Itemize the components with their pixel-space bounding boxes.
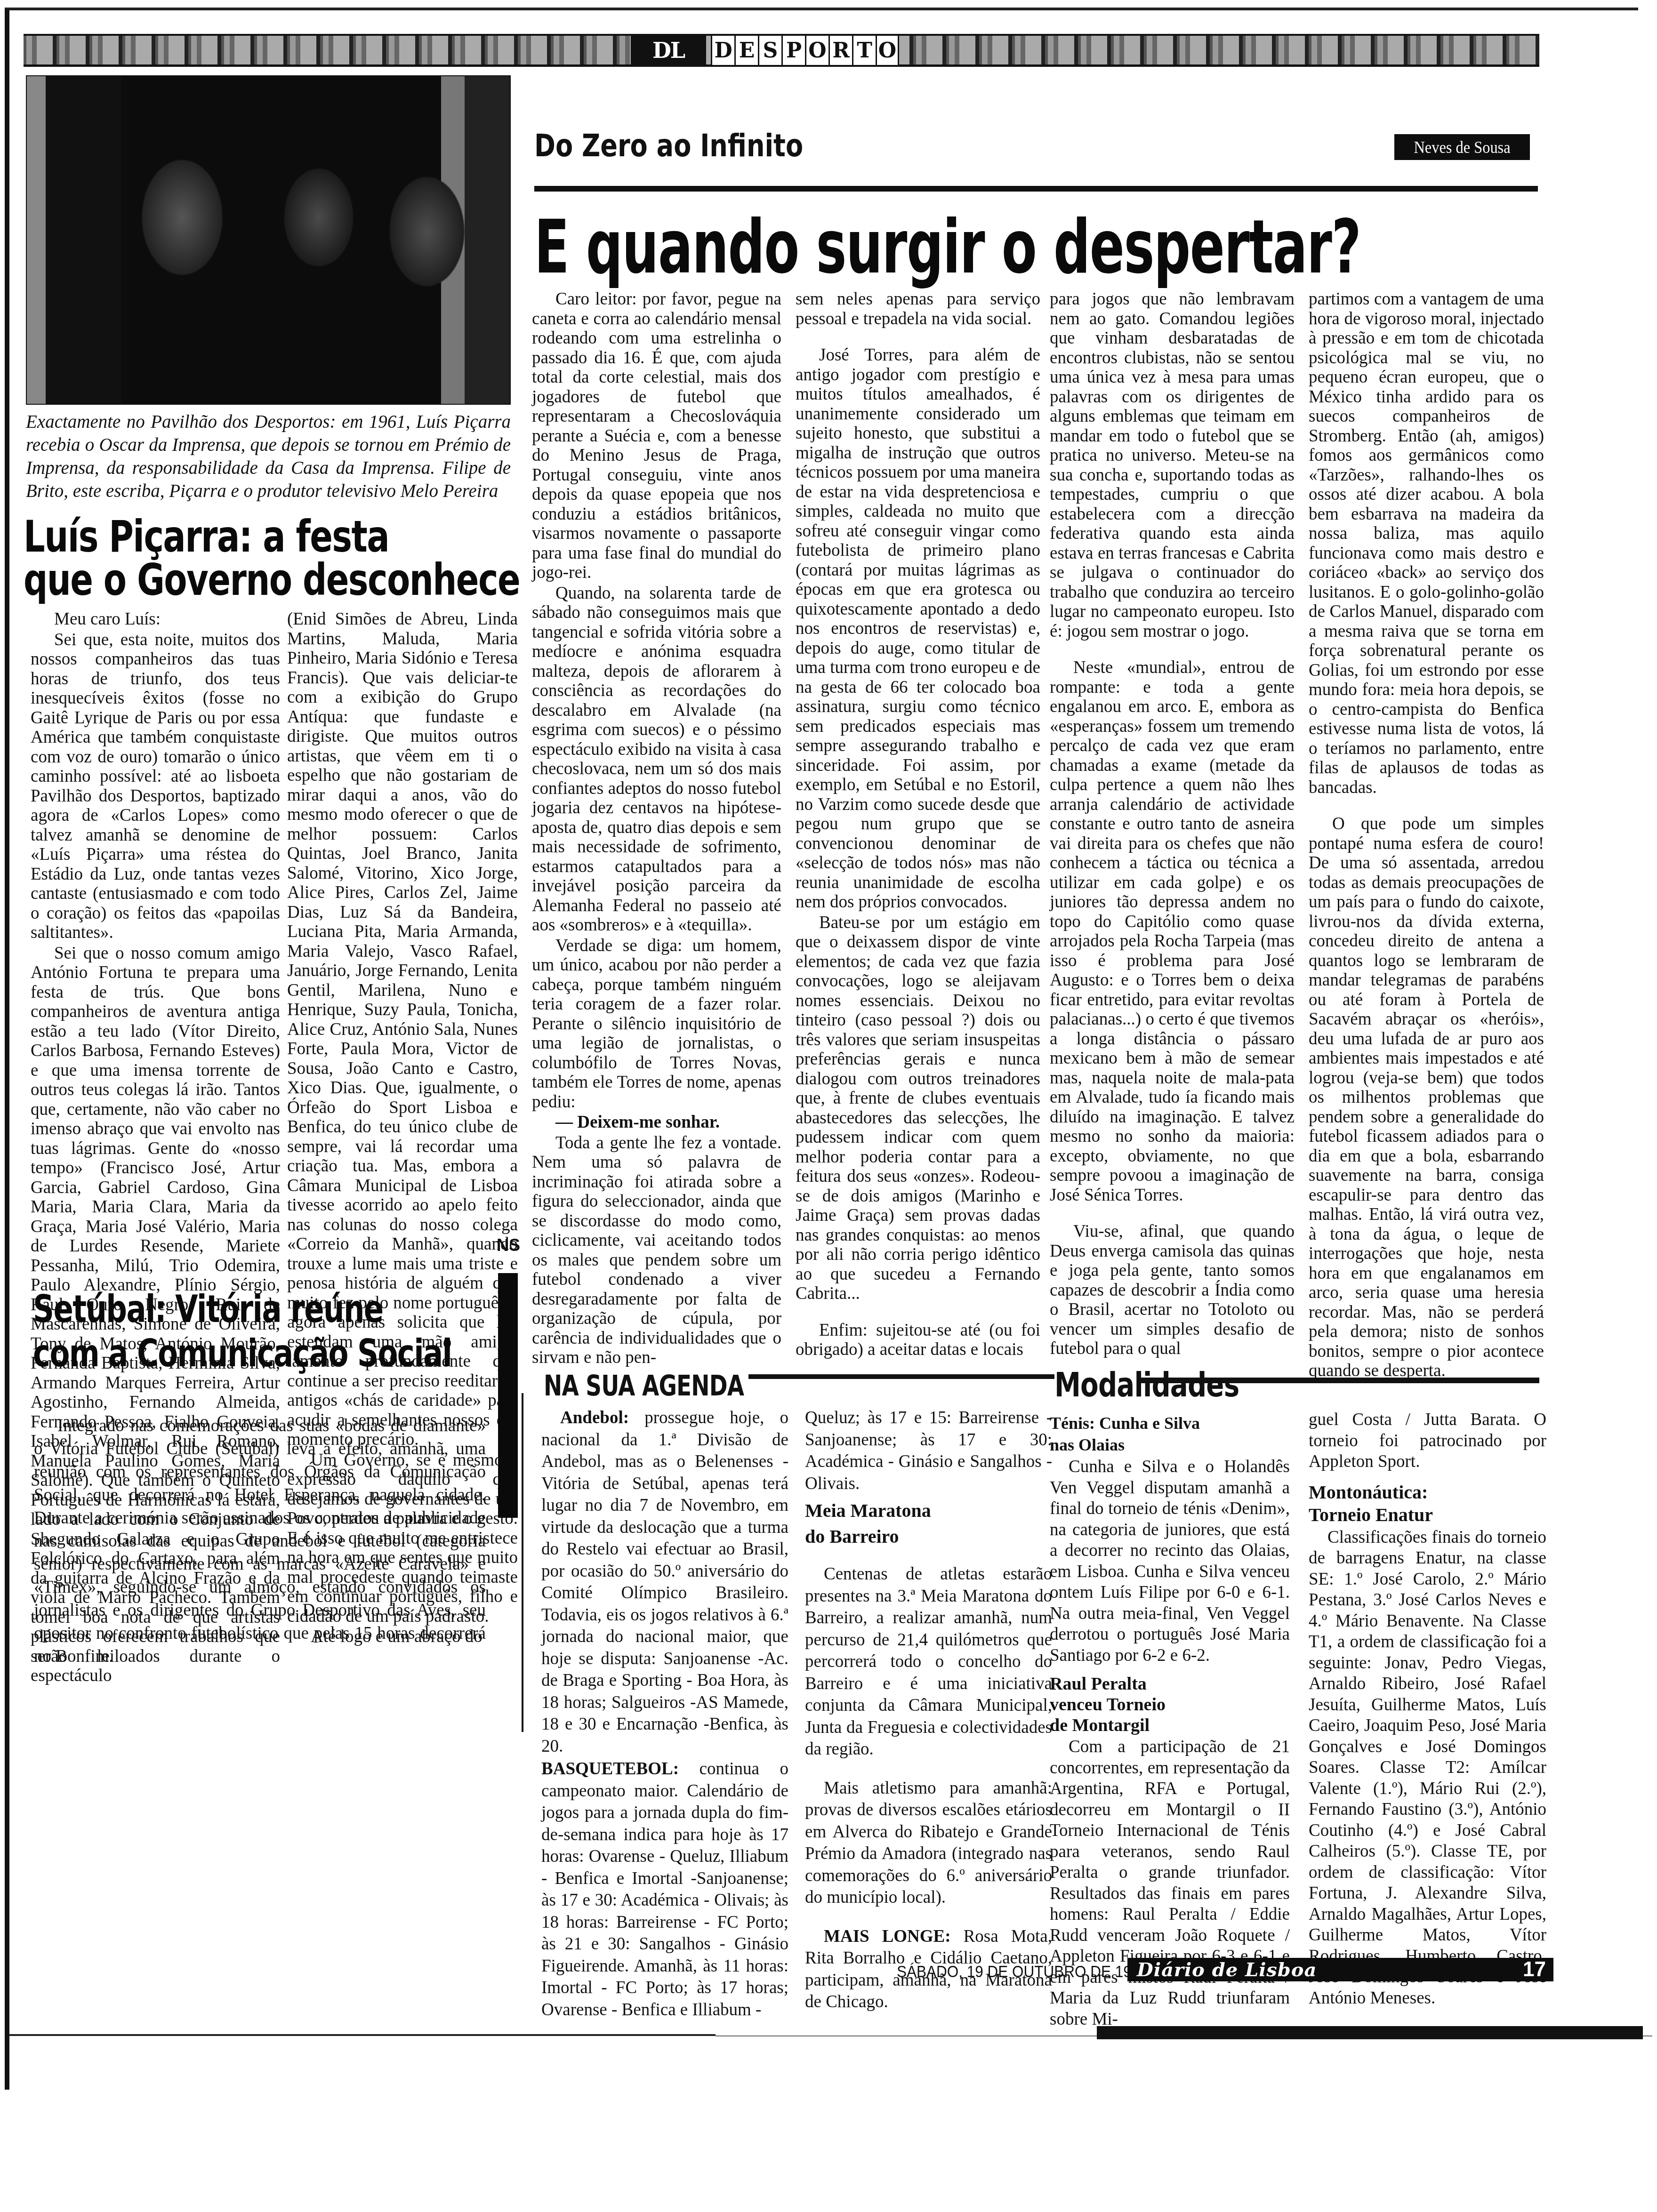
issue-date: SÁBADO, 19 DE OUTUBRO DE 1985 — [897, 1963, 1148, 1981]
tenis-title-1: Ténis: Cunha e Silva — [1050, 1412, 1290, 1434]
newspaper-logo-icon: DL — [631, 35, 706, 65]
maratona-title-1: Meia Maratona — [805, 1498, 1052, 1523]
bottom-rule — [9, 2034, 716, 2036]
basket-label: BASQUETEBOL: — [541, 1759, 679, 1779]
agenda-andebol: Andebol: prossegue hoje, o nacional da 1… — [541, 1407, 788, 1757]
paragraph: Bateu-se por um estágio em que o deixass… — [796, 913, 1040, 1304]
photo-caption: Exactamente no Pavilhão dos Desportos: e… — [26, 410, 511, 503]
paragraph: Integrado nas comemorações das suas «bod… — [34, 1414, 486, 1668]
paragraph: O que pode um simples pontapé numa esfer… — [1309, 814, 1544, 1381]
column-divider — [522, 1393, 523, 1732]
left-headline-line2: que o Governo desconhece — [24, 559, 520, 602]
modalidades-title: Modalidades — [1054, 1365, 1239, 1404]
section-letter: O — [876, 36, 899, 65]
paragraph: Enfim: sujeitou-se até (ou foi obrigado)… — [796, 1321, 1040, 1360]
basket-text: continua o campeonato maior. Calendário … — [541, 1759, 788, 2020]
section-letter: S — [758, 36, 781, 65]
setubal-headline-line2: com a Comunicação Social — [33, 1331, 451, 1376]
paragraph: Verdade se diga: um homem, um único, aca… — [532, 936, 781, 1112]
quote: — Deixem-me sonhar. — [532, 1113, 781, 1132]
main-article-column-2: sem neles apenas para serviço pessoal e … — [796, 289, 1040, 1360]
author-signature: NS — [497, 1235, 520, 1255]
section-letter: O — [805, 36, 828, 65]
main-article-column-4: partimos com a vantagem de uma hora de v… — [1309, 289, 1544, 1381]
andebol-text: prossegue hoje, o nacional da 1.ª Divisã… — [541, 1408, 788, 1756]
paragraph: Meu caro Luís: — [31, 609, 280, 629]
paragraph: sem neles apenas para serviço pessoal e … — [796, 289, 1040, 329]
left-headline: Luís Piçarra: a festa que o Governo desc… — [24, 515, 520, 602]
peralta-title-3: de Montargil — [1050, 1715, 1290, 1736]
moto-title-2: Torneio Enatur — [1309, 1504, 1546, 1526]
agenda-rule — [748, 1374, 1054, 1379]
setubal-headline: Setúbal: Vitória reúne com a Comunicação… — [33, 1287, 451, 1376]
main-headline: E quando surgir o despertar? — [534, 207, 1360, 287]
paragraph: Toda a gente lhe fez a vontade. Nem uma … — [532, 1133, 781, 1368]
tenis-title-2: nas Olaias — [1050, 1434, 1290, 1456]
modalidades-column-1: Ténis: Cunha e Silva nas Olaias Cunha e … — [1050, 1410, 1290, 2030]
maratona-title-2: do Barreiro — [805, 1523, 1052, 1549]
mais-longe-label: MAIS LONGE: — [824, 1927, 951, 1946]
paragraph: Centenas de atletas estarão presentes na… — [805, 1563, 1052, 1761]
paragraph: Neste «mundial», entrou de rompante: e t… — [1050, 658, 1295, 1205]
agenda-column-1: Andebol: prossegue hoje, o nacional da 1… — [541, 1407, 788, 2021]
agenda-title: NA SUA AGENDA — [544, 1370, 744, 1403]
divider-rule — [534, 186, 1538, 192]
agenda-column-2: Queluz; às 17 e 15: Barreirense -Sanjoan… — [805, 1407, 1052, 2013]
setubal-body: Integrado nas comemorações das suas «bod… — [34, 1414, 486, 1668]
peralta-title-1: Raul Peralta — [1050, 1674, 1290, 1694]
section-letter: T — [852, 36, 876, 65]
page-number: 17 — [1523, 1958, 1546, 1981]
paragraph: Queluz; às 17 e 15: Barreirense -Sanjoan… — [805, 1407, 1052, 1495]
section-letter: P — [781, 36, 805, 65]
paragraph: Quando, na solarenta tarde de sábado não… — [532, 584, 781, 935]
top-border-rule — [5, 8, 1638, 10]
agenda-basket: BASQUETEBOL: continua o campeonato maior… — [541, 1758, 788, 2021]
next-page-bleed-bar — [1097, 2026, 1643, 2039]
paragraph: para jogos que não lembravam nem ao gato… — [1050, 289, 1295, 641]
moto-title-1: Montonáutica: — [1309, 1481, 1546, 1504]
section-letter: E — [734, 36, 758, 65]
paragraph: guel Costa / Jutta Barata. O torneio foi… — [1309, 1410, 1546, 1473]
paragraph: Mais atletismo para amanhã: provas de di… — [805, 1778, 1052, 1909]
decorative-bar — [498, 1273, 518, 1518]
main-article-column-3: para jogos que não lembravam nem ao gato… — [1050, 289, 1295, 1359]
paragraph: Cunha e Silva e o Holandês Ven Veggel di… — [1050, 1457, 1290, 1666]
section-letter: D — [711, 36, 734, 65]
article-photo — [26, 75, 511, 405]
peralta-title-2: venceu Torneio — [1050, 1694, 1290, 1715]
paragraph: Sei que, esta noite, muitos dos nossos c… — [31, 630, 280, 943]
paragraph: José Torres, para além de antigo jogador… — [796, 345, 1040, 912]
paragraph: Viu-se, afinal, que quando Deus enverga … — [1050, 1222, 1295, 1359]
paragraph: Classificações finais do torneio de barr… — [1309, 1527, 1546, 2009]
paragraph: partimos com a vantagem de uma hora de v… — [1309, 289, 1544, 797]
left-border-rule — [5, 9, 9, 2090]
byline: Neves de Sousa — [1394, 134, 1530, 160]
section-title: D E S P O R T O — [711, 36, 899, 65]
setubal-headline-line1: Setúbal: Vitória reúne — [33, 1287, 451, 1331]
modalidades-rule — [1137, 1378, 1539, 1383]
main-article-column-1: Caro leitor: por favor, pegue na caneta … — [532, 289, 781, 1368]
section-letter: R — [828, 36, 852, 65]
modalidades-column-2: guel Costa / Jutta Barata. O torneio foi… — [1309, 1410, 1546, 2009]
column-title: Do Zero ao Infinito — [534, 127, 803, 165]
left-headline-line1: Luís Piçarra: a festa — [24, 515, 520, 559]
newspaper-name: Diário de Lisboa — [1137, 1959, 1317, 1981]
andebol-label: Andebol: — [560, 1408, 629, 1427]
paragraph: Caro leitor: por favor, pegue na caneta … — [532, 289, 781, 583]
masthead: Diário de Lisboa 17 — [1127, 1958, 1553, 1981]
paragraph: Com a participação de 21 concorrentes, e… — [1050, 1737, 1290, 2030]
